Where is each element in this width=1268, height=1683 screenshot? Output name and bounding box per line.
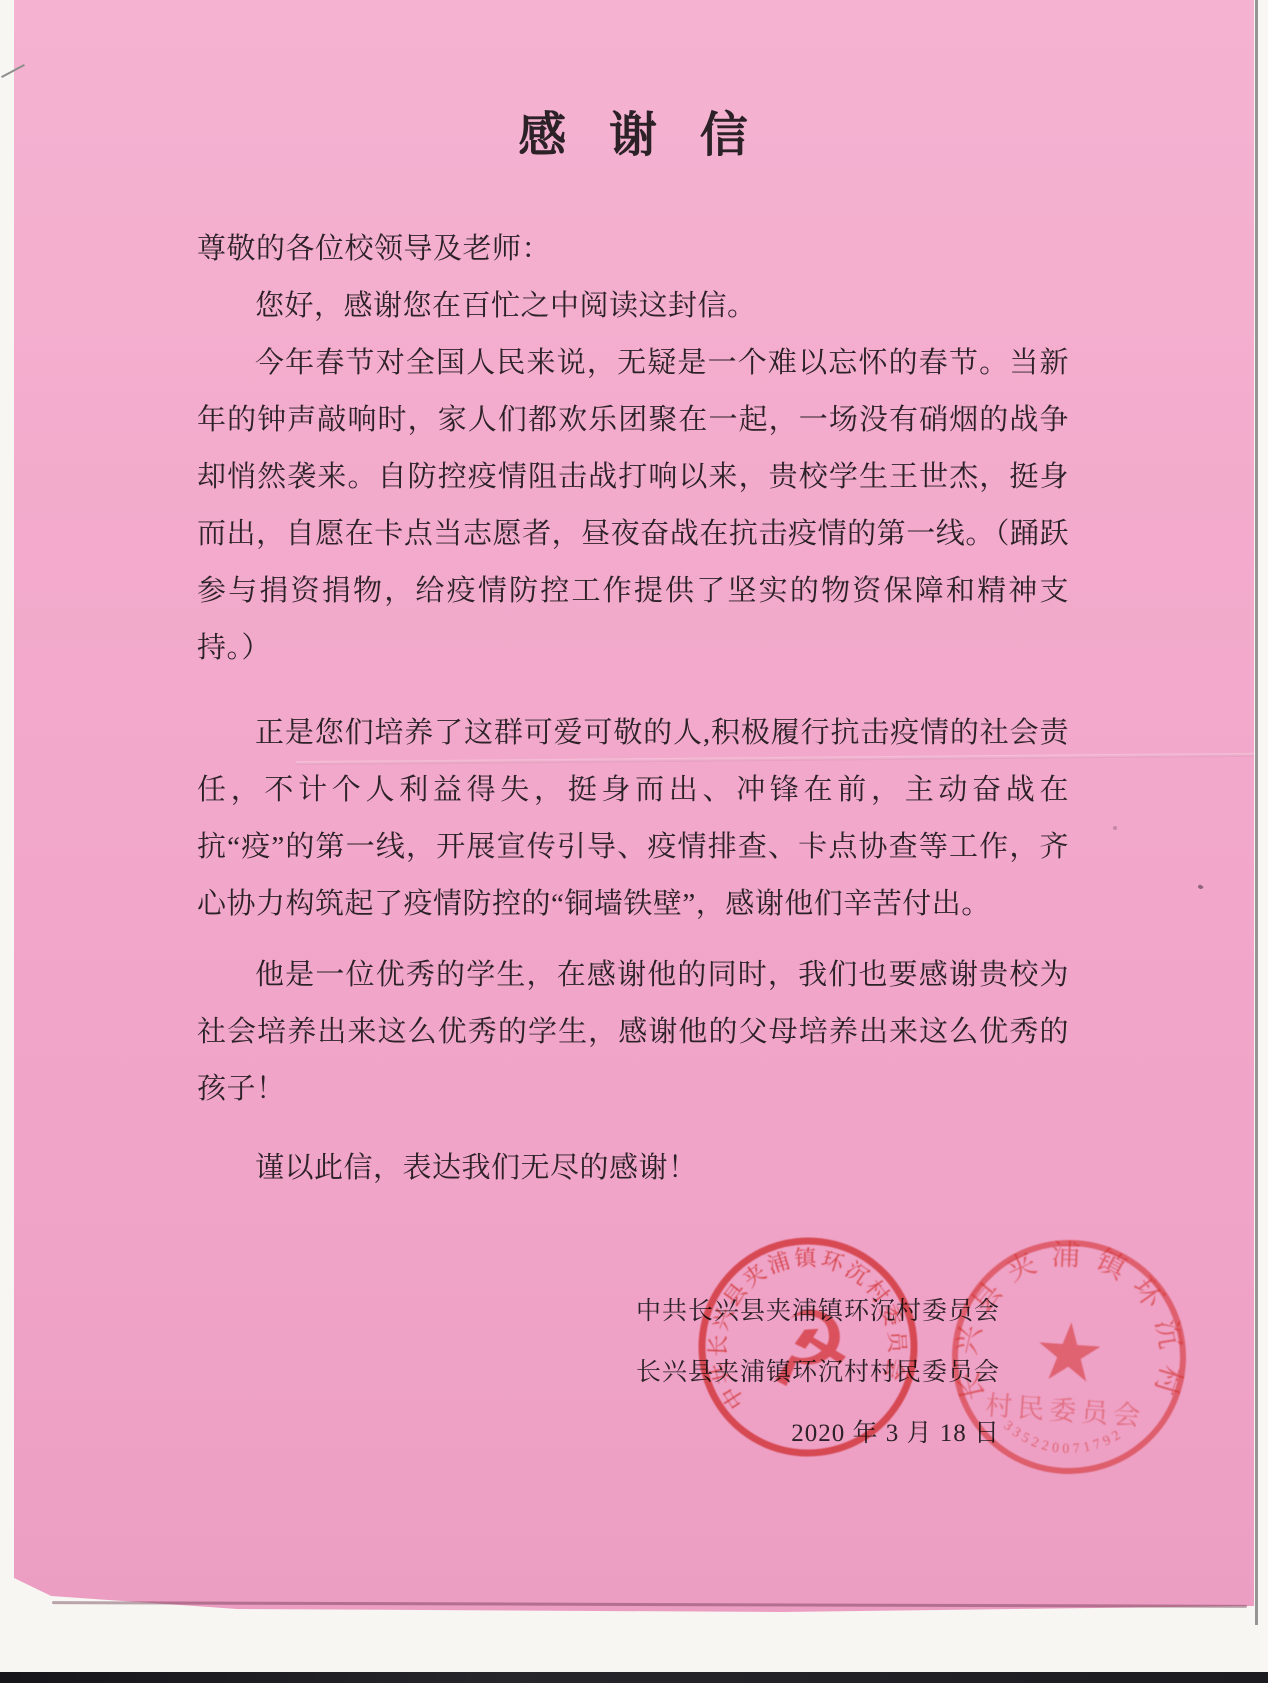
letter-title: 感 谢 信 xyxy=(197,96,1069,165)
scan-background: 感 谢 信 尊敬的各位校领导及老师： 您好，感谢您在百忙之中阅读这封信。 今年春… xyxy=(0,0,1268,1683)
scan-right-margin xyxy=(1258,0,1268,1683)
party-committee-stamp: ☭ 中共长兴县夹浦镇环沉村委员会 xyxy=(694,1233,922,1461)
paragraph: 谨以此信，表达我们无尽的感谢！ xyxy=(197,1140,1069,1197)
paragraph: 您好，感谢您在百忙之中阅读这封信。 xyxy=(197,278,1069,335)
paragraph: 他是一位优秀的学生，在感谢他的同时，我们也要感谢贵校为社会培养出来这么优秀的学生… xyxy=(197,947,1069,1118)
star-icon: ★ xyxy=(1030,1308,1108,1401)
village-committee-stamp: ★ 长兴县夹浦镇环沉村 村民委员会 335220071792 xyxy=(946,1234,1192,1480)
scanned-letter-page: { "document": { "kind": "scanned thank-y… xyxy=(0,0,1268,1683)
paragraph: 今年春节对全国人民来说，无疑是一个难以忘怀的春节。当新年的钟声敲响时，家人们都欢… xyxy=(197,335,1069,677)
salutation: 尊敬的各位校领导及老师： xyxy=(197,221,1069,278)
scanner-bed-strip xyxy=(0,1672,1268,1683)
scan-speck xyxy=(1113,826,1117,830)
hammer-and-sickle-icon: ☭ xyxy=(757,1289,860,1410)
letter-body: 尊敬的各位校领导及老师： 您好，感谢您在百忙之中阅读这封信。 今年春节对全国人民… xyxy=(197,221,1069,1197)
paragraph: 正是您们培养了这群可爱可敬的人,积极履行抗击疫情的社会责任，不计个人利益得失，挺… xyxy=(197,705,1069,933)
